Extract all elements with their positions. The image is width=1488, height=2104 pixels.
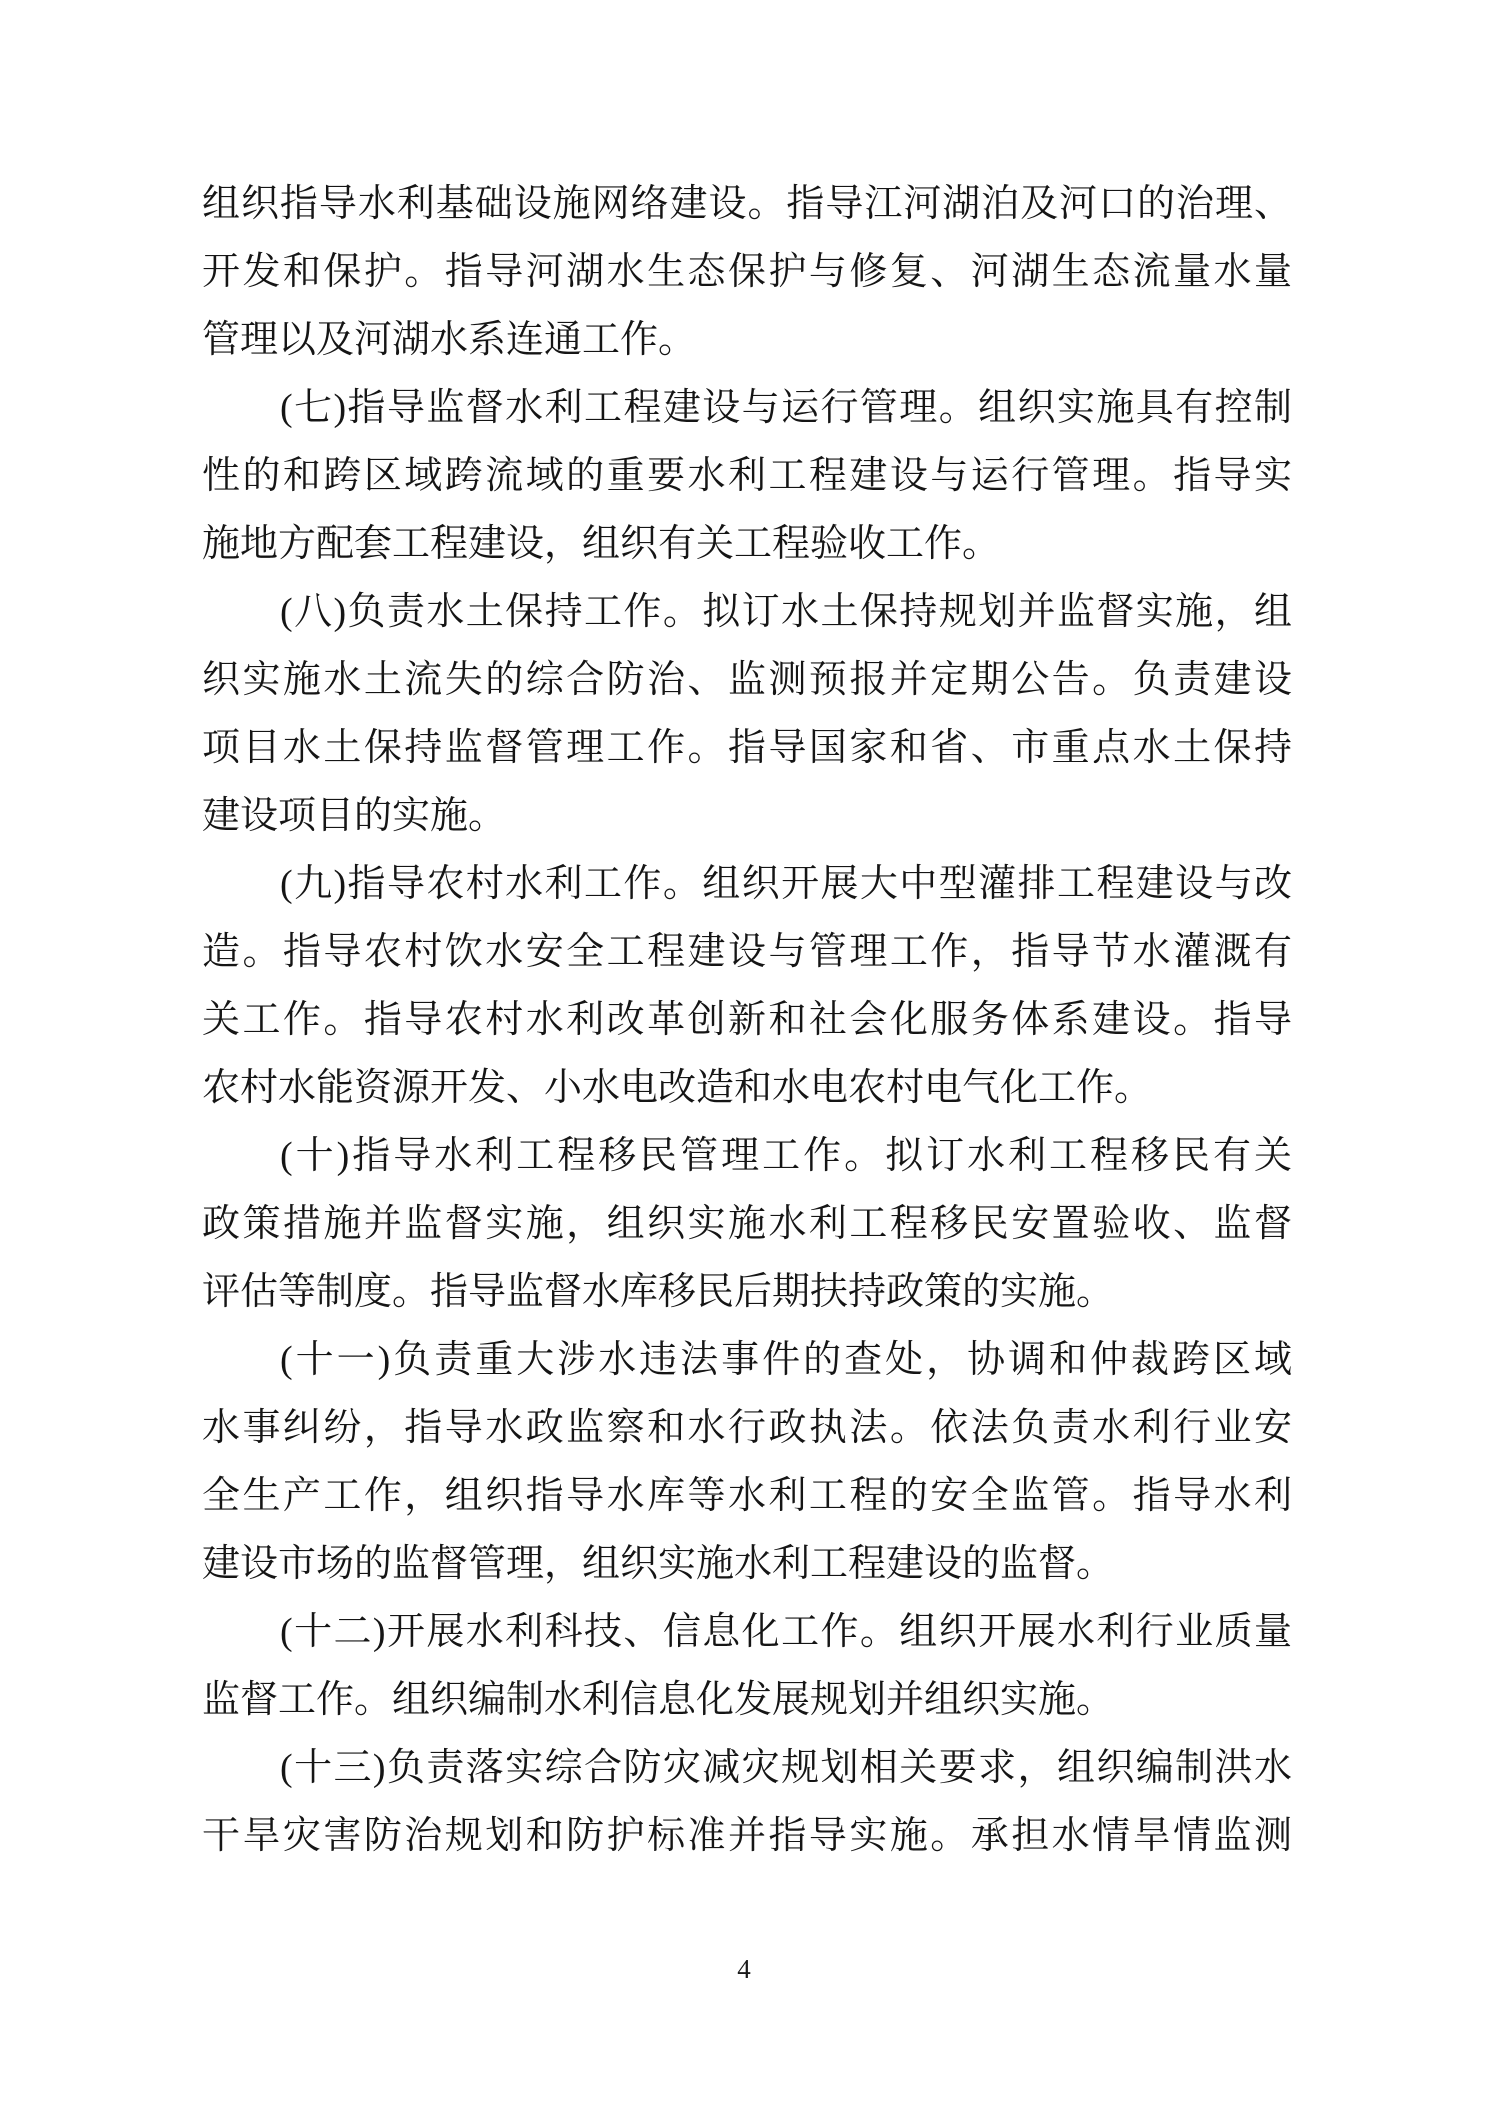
text-line: 水事纠纷，指导水政监察和水行政执法。依法负责水利行业安 [202,1394,1292,1462]
text-line: 全生产工作，组织指导水库等水利工程的安全监管。指导水利 [202,1462,1292,1530]
text-line: 农村水能资源开发、小水电改造和水电农村电气化工作。 [202,1054,1292,1122]
text-line: 评估等制度。指导监督水库移民后期扶持政策的实施。 [202,1258,1292,1326]
text-line: (九)指导农村水利工作。组织开展大中型灌排工程建设与改 [202,850,1292,918]
text-line: (八)负责水土保持工作。拟订水土保持规划并监督实施，组 [202,578,1292,646]
text-line: 建设市场的监督管理，组织实施水利工程建设的监督。 [202,1530,1292,1598]
text-line: 性的和跨区域跨流域的重要水利工程建设与运行管理。指导实 [202,442,1292,510]
text-line: 建设项目的实施。 [202,782,1292,850]
text-line: 项目水土保持监督管理工作。指导国家和省、市重点水土保持 [202,714,1292,782]
page-number: 4 [0,1952,1488,1986]
text-line: 监督工作。组织编制水利信息化发展规划并组织实施。 [202,1666,1292,1734]
text-line: 施地方配套工程建设，组织有关工程验收工作。 [202,510,1292,578]
text-line: (七)指导监督水利工程建设与运行管理。组织实施具有控制 [202,374,1292,442]
text-line: 造。指导农村饮水安全工程建设与管理工作，指导节水灌溉有 [202,918,1292,986]
text-line: 干旱灾害防治规划和防护标准并指导实施。承担水情旱情监测 [202,1802,1292,1870]
text-line: 管理以及河湖水系连通工作。 [202,306,1292,374]
text-line: 组织指导水利基础设施网络建设。指导江河湖泊及河口的治理、 [202,170,1292,238]
text-line: 政策措施并监督实施，组织实施水利工程移民安置验收、监督 [202,1190,1292,1258]
text-line: (十二)开展水利科技、信息化工作。组织开展水利行业质量 [202,1598,1292,1666]
text-line: 织实施水土流失的综合防治、监测预报并定期公告。负责建设 [202,646,1292,714]
text-block: 组织指导水利基础设施网络建设。指导江河湖泊及河口的治理、开发和保护。指导河湖水生… [202,170,1292,1870]
text-line: (十)指导水利工程移民管理工作。拟订水利工程移民有关 [202,1122,1292,1190]
text-line: 关工作。指导农村水利改革创新和社会化服务体系建设。指导 [202,986,1292,1054]
text-line: 开发和保护。指导河湖水生态保护与修复、河湖生态流量水量 [202,238,1292,306]
text-line: (十三)负责落实综合防灾减灾规划相关要求，组织编制洪水 [202,1734,1292,1802]
text-line: (十一)负责重大涉水违法事件的查处，协调和仲裁跨区域 [202,1326,1292,1394]
document-page: 组织指导水利基础设施网络建设。指导江河湖泊及河口的治理、开发和保护。指导河湖水生… [0,0,1488,2104]
